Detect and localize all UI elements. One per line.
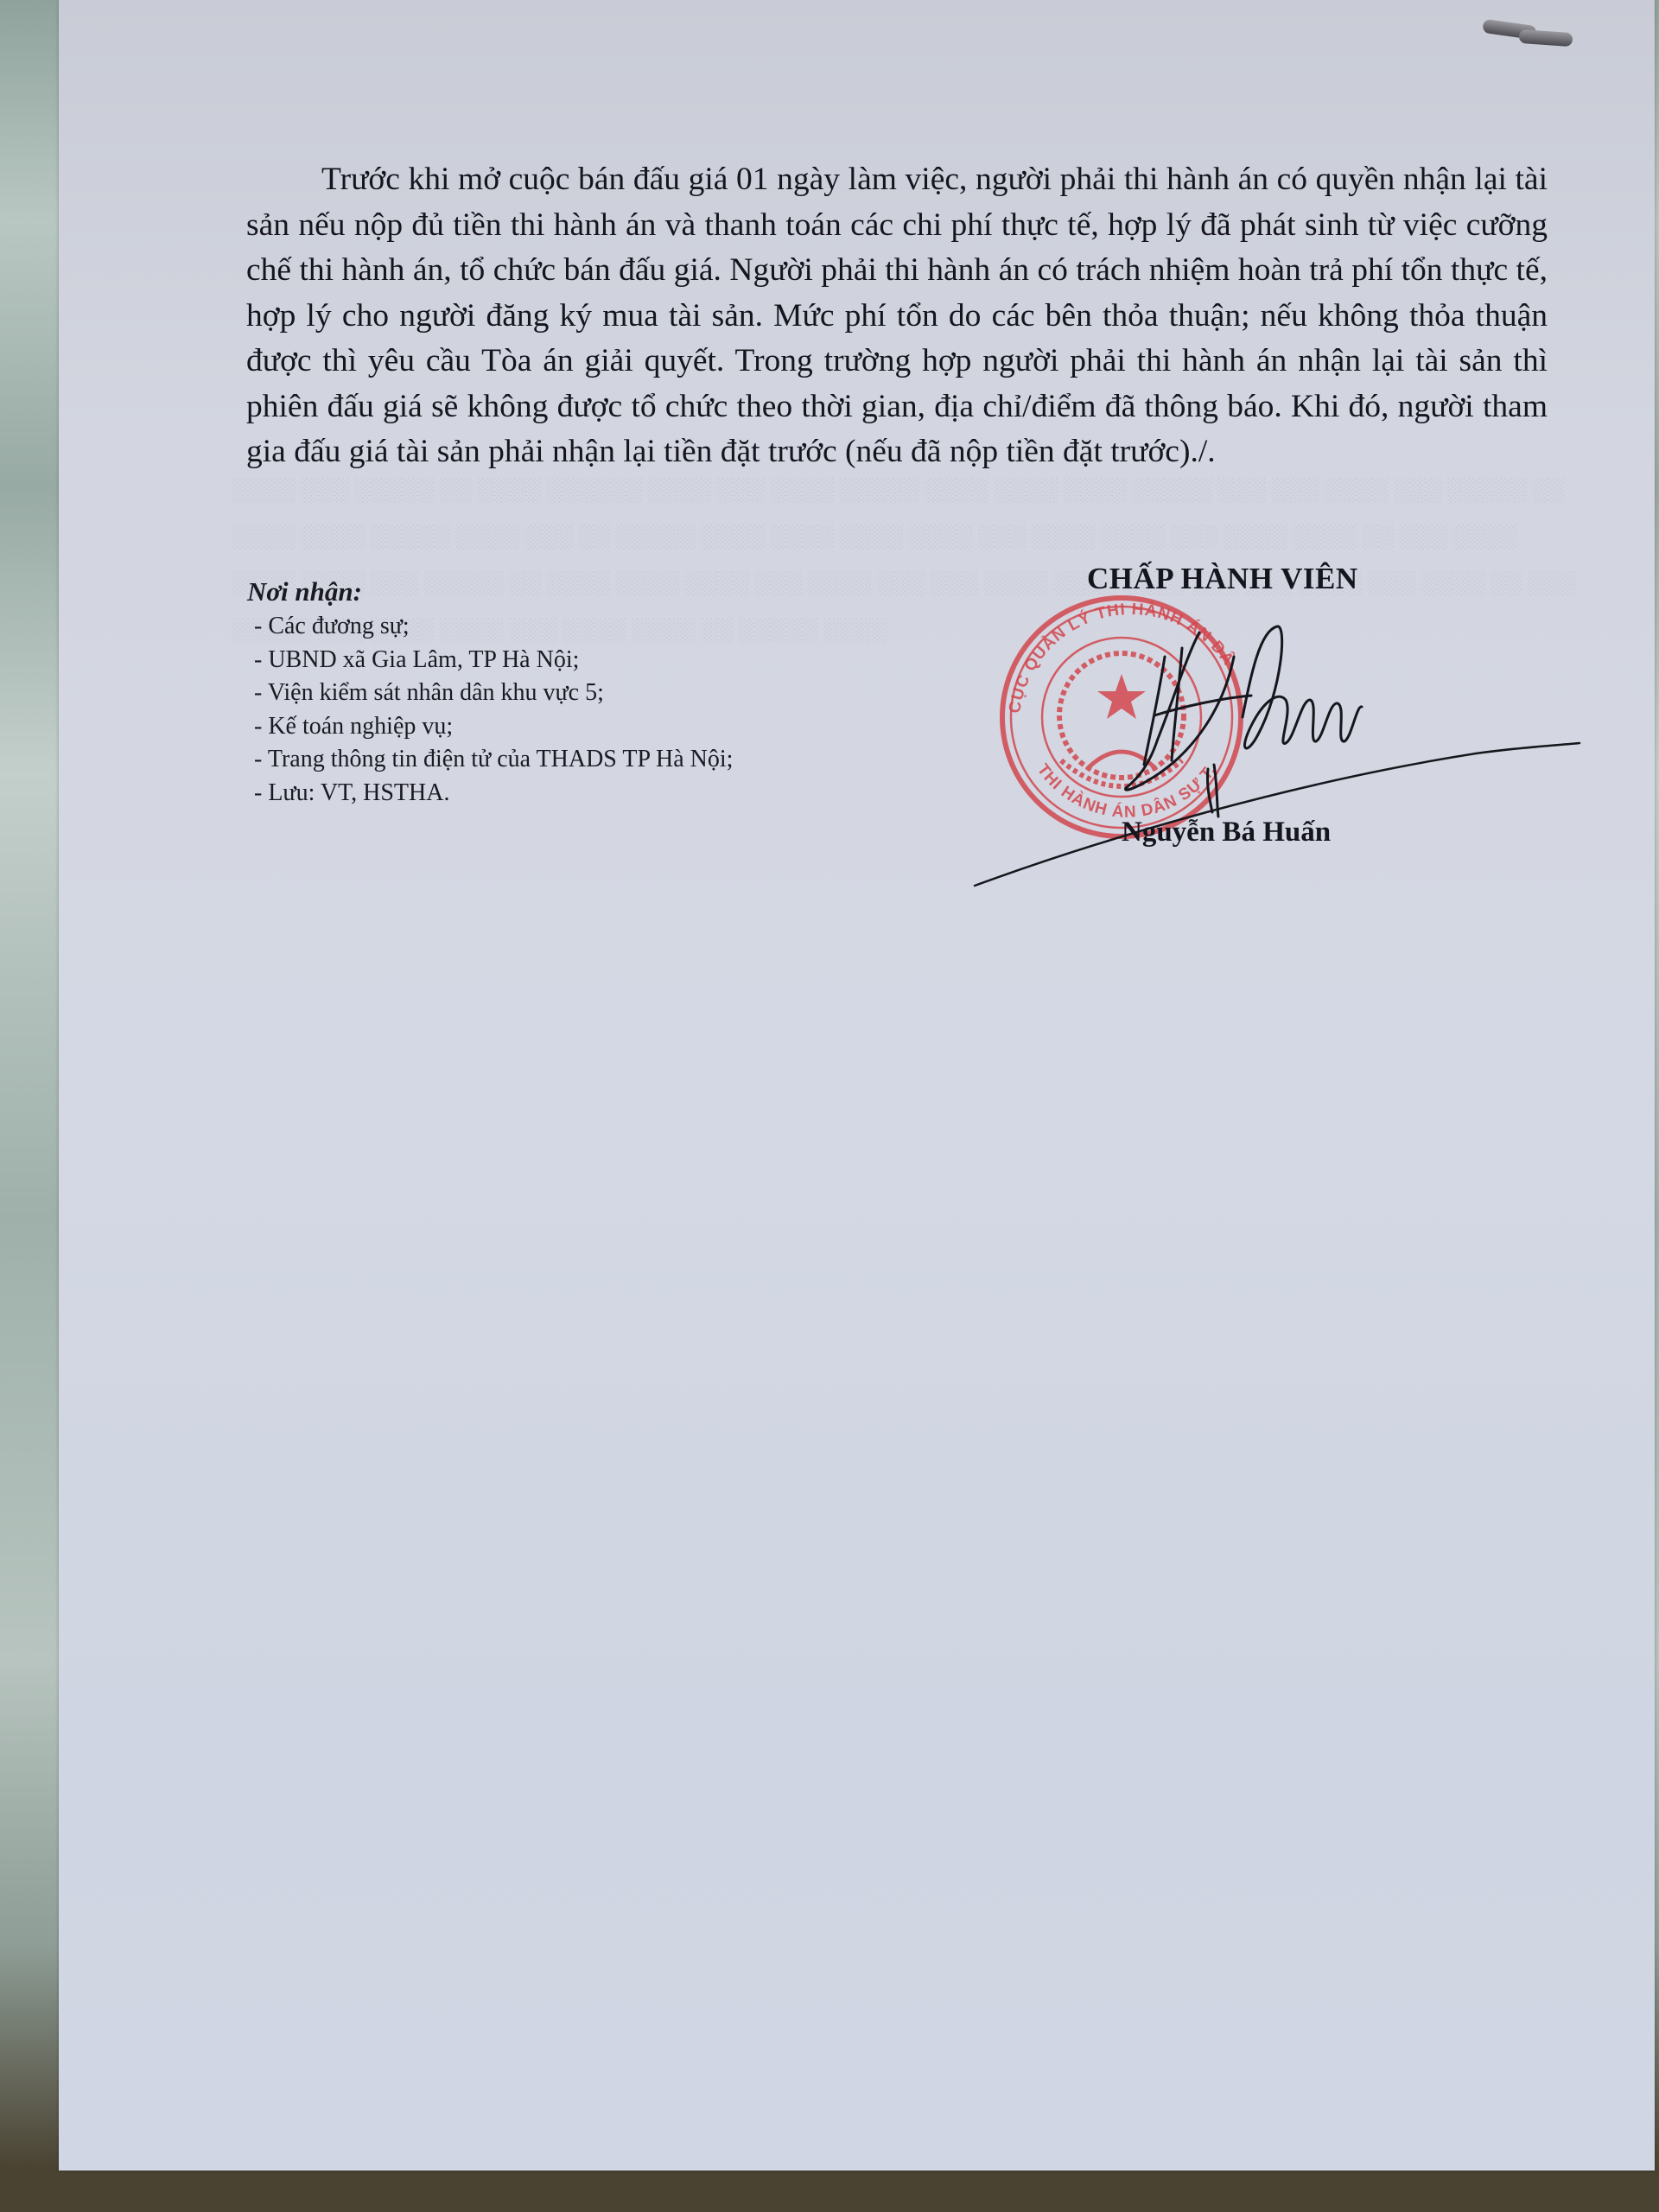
recipient-item: - Trang thông tin điện tử của THADS TP H… [247,743,904,777]
signer-role: CHẤP HÀNH VIÊN [1087,562,1358,596]
signature-block: CỤC QUẢN LÝ THI HÀNH ÁN DÂN SỰ THI HÀNH … [966,553,1623,899]
recipient-item: - Kế toán nghiệp vụ; [247,710,904,744]
paragraph-text: Trước khi mở cuộc bán đấu giá 01 ngày là… [246,157,1548,475]
document-page: ░░░░ ░░░ ░░░░░ ░░ ░░░░ ░░░░░░ ░░░░ ░░░ ░… [59,0,1655,2171]
staple-icon [1519,29,1573,47]
recipient-item: - UBND xã Gia Lâm, TP Hà Nội; [247,644,904,677]
recipients-list: - Các đương sự; - UBND xã Gia Lâm, TP Hà… [247,610,904,810]
recipient-item: - Lưu: VT, HSTHA. [247,777,904,810]
notice-paragraph: Trước khi mở cuộc bán đấu giá 01 ngày là… [246,157,1548,475]
recipients-title: Nơi nhận: [247,574,904,610]
recipients-block: Nơi nhận: - Các đương sự; - UBND xã Gia … [247,574,904,810]
recipient-item: - Viện kiểm sát nhân dân khu vực 5; [247,677,904,710]
signer-name: Nguyễn Bá Huấn [1122,817,1331,849]
recipient-item: - Các đương sự; [247,610,904,644]
